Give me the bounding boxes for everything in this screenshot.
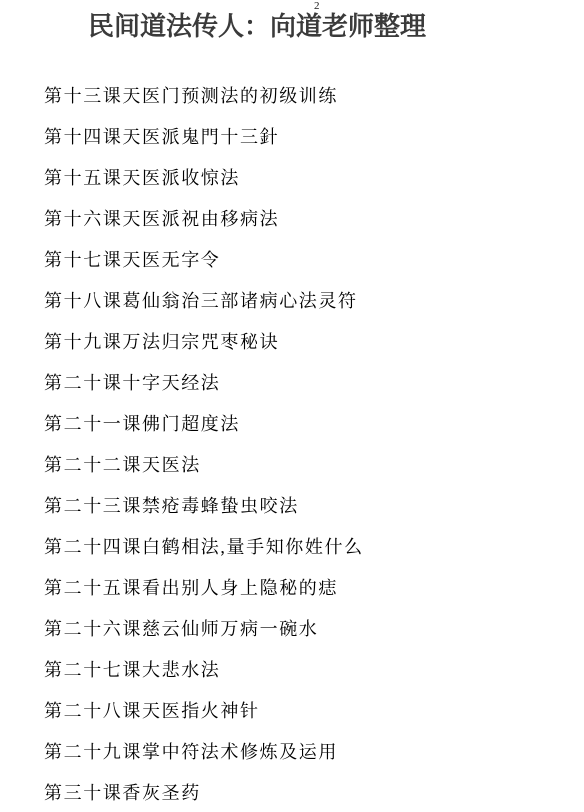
list-item: 第二十课十字天经法	[44, 363, 544, 404]
list-item: 第二十八课天医指火神针	[44, 691, 544, 732]
list-item: 第十五课天医派收惊法	[44, 158, 544, 199]
list-item: 第二十四课白鹤相法,量手知你姓什么	[44, 527, 544, 568]
list-item: 第十八课葛仙翁治三部诸病心法灵符	[44, 281, 544, 322]
list-item: 第二十二课天医法	[44, 445, 544, 486]
list-item: 第二十一课佛门超度法	[44, 404, 544, 445]
list-item: 第三十课香灰圣药	[44, 773, 544, 812]
list-item: 第二十七课大悲水法	[44, 650, 544, 691]
course-list: 第十三课天医门预测法的初级训练第十四课天医派鬼門十三針第十五课天医派收惊法第十六…	[44, 76, 544, 812]
page-title: 民间道法传人：向道老师整理	[44, 10, 470, 42]
list-item: 第二十五课看出别人身上隐秘的痣	[44, 568, 544, 609]
list-item: 第十七课天医无字令	[44, 240, 544, 281]
list-item: 第二十九课掌中符法术修炼及运用	[44, 732, 544, 773]
list-item: 第二十三课禁疮毒蜂蛰虫咬法	[44, 486, 544, 527]
list-item: 第十四课天医派鬼門十三針	[44, 117, 544, 158]
document-page: 2 民间道法传人：向道老师整理 第十三课天医门预测法的初级训练第十四课天医派鬼門…	[0, 0, 584, 812]
list-item: 第二十六课慈云仙师万病一碗水	[44, 609, 544, 650]
list-item: 第十九课万法归宗咒枣秘诀	[44, 322, 544, 363]
list-item: 第十三课天医门预测法的初级训练	[44, 76, 544, 117]
list-item: 第十六课天医派祝由移病法	[44, 199, 544, 240]
